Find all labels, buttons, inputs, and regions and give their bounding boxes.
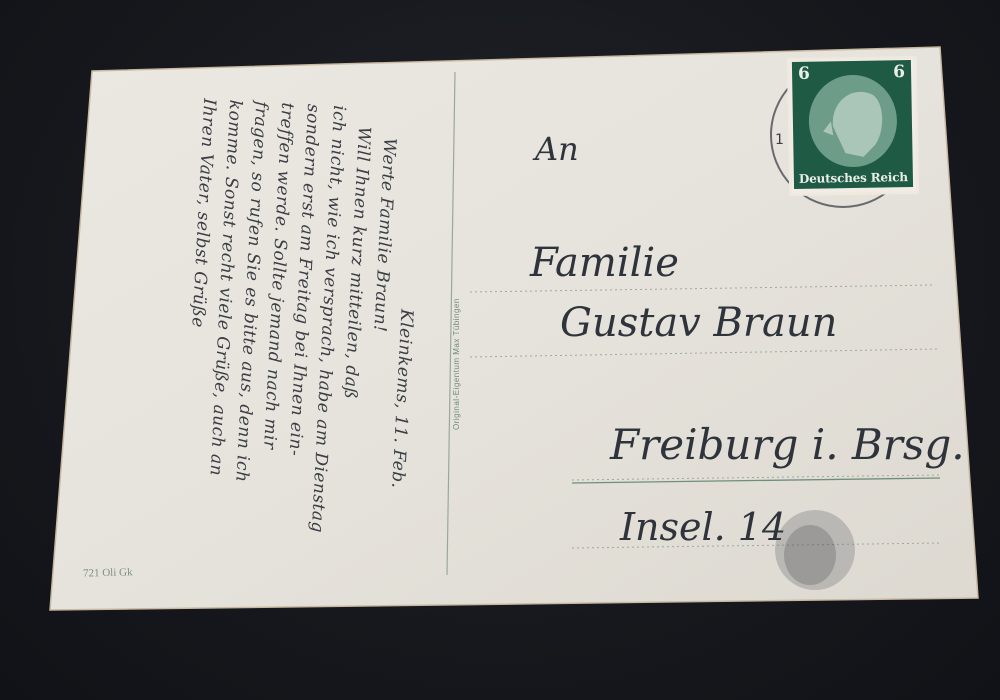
postcard: 6 6 Deutsches Reich 1 An Familie Gustav … (0, 0, 1000, 700)
postmark-date: 1 (775, 132, 784, 148)
publisher-imprint: Original-Eigentum Max Tübingen (452, 298, 461, 430)
address-line-4: Insel. 14 (620, 505, 786, 549)
postage-stamp: 6 6 Deutsches Reich (790, 59, 916, 193)
stamp-label: Deutsches Reich (798, 170, 909, 186)
address-salutation: An (535, 130, 579, 168)
message-block: Kleinkems, 11. Feb. Werte Familie Braun!… (174, 98, 430, 538)
address-line-3: Freiburg i. Brsg. (610, 420, 965, 469)
address-line-2: Gustav Braun (560, 300, 837, 346)
address-line-1: Familie (530, 240, 679, 286)
print-code: 721 Oli Gk (83, 566, 133, 579)
